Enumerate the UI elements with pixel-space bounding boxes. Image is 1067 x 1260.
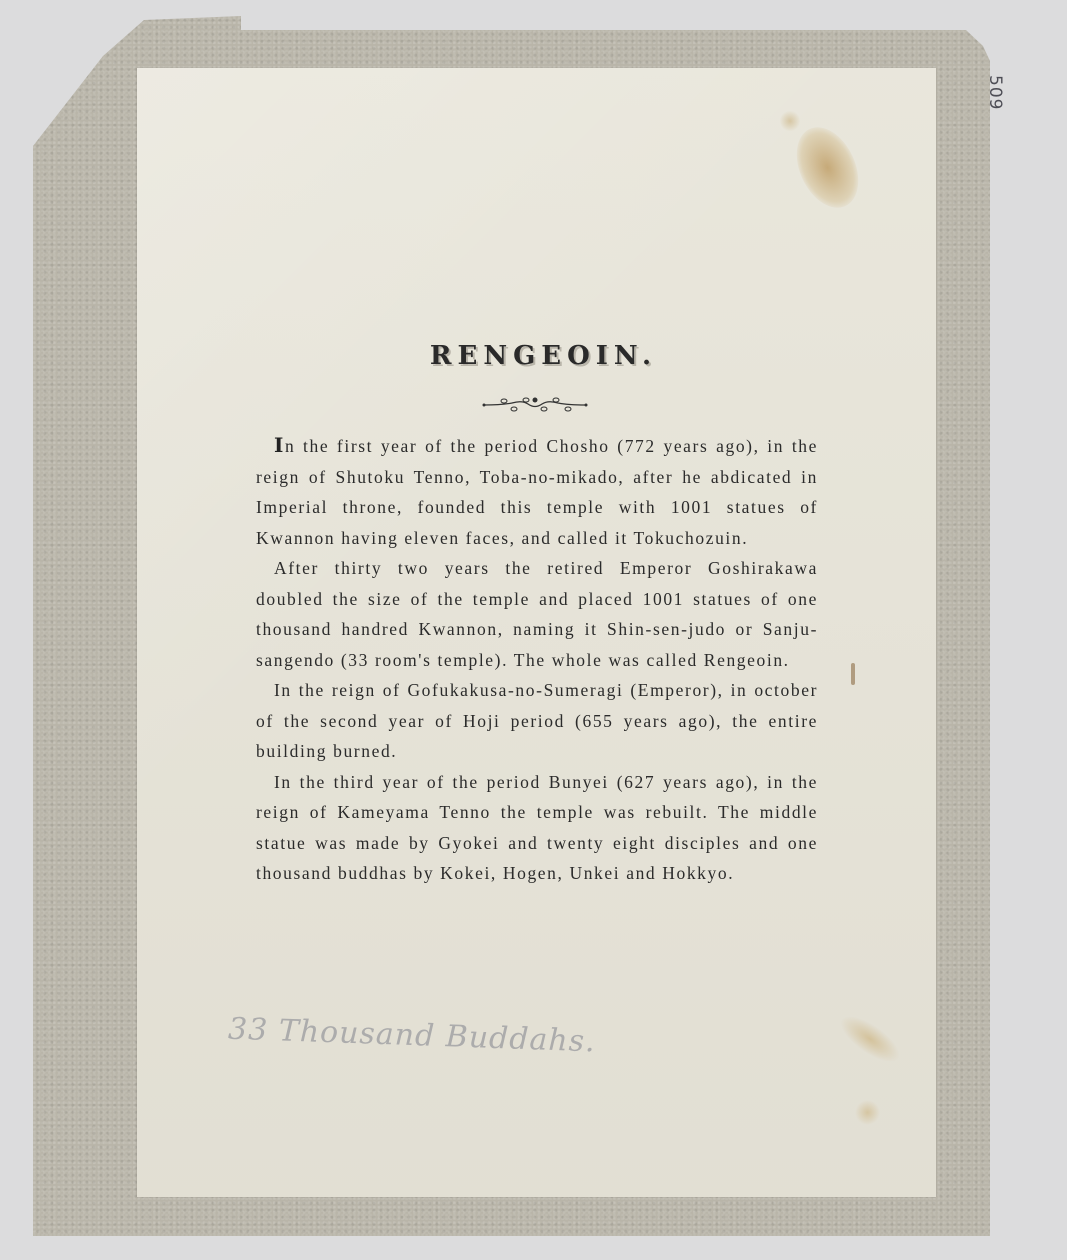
paragraph-4: In the third year of the period Bunyei (…	[256, 767, 818, 889]
document-title: RENGEOIN.	[0, 341, 1067, 371]
vine-ornament-icon	[482, 396, 588, 414]
foxing-stain-small	[780, 110, 800, 132]
ink-mark	[851, 663, 855, 685]
paragraph-3: In the reign of Gofukakusa-no-Sumeragi (…	[256, 675, 818, 767]
page-number-annotation: 509	[985, 75, 1005, 110]
paragraph-1-text: n the first year of the period Chosho (7…	[256, 436, 818, 548]
drop-cap: I	[274, 433, 285, 457]
paragraph-2: After thirty two years the retired Emper…	[256, 553, 818, 675]
paragraph-1: In the first year of the period Chosho (…	[256, 430, 818, 553]
foxing-stain-bottom-right-small	[855, 1100, 880, 1125]
document-body: In the first year of the period Chosho (…	[256, 430, 818, 889]
